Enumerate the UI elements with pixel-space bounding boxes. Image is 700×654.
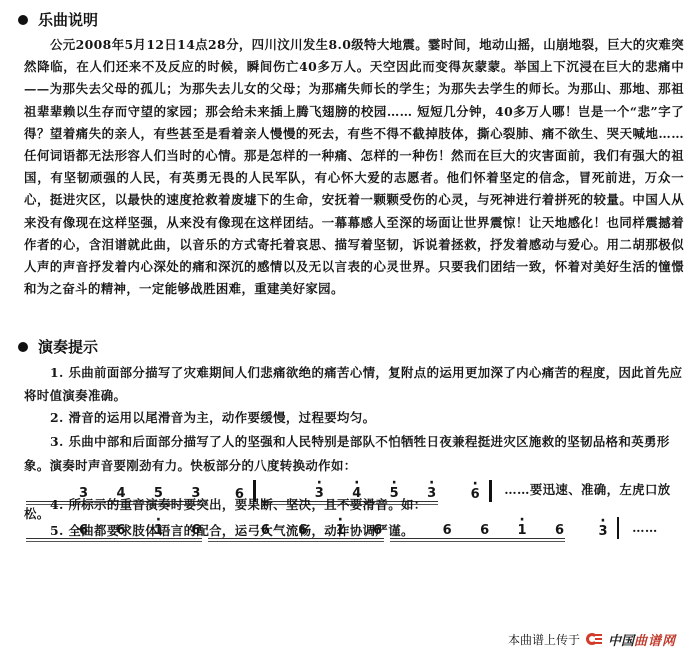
section-title: 演奏提示 (38, 336, 98, 357)
tip-4-text: 4. 所标示的重音演奏时要突出，要果断、坚决，且不要滑音。如： (50, 497, 427, 512)
tip-3-text: 3. 乐曲中部和后面部分描写了人的坚强和人民特别是部队不怕牺牲日夜兼程挺进灾区施… (24, 434, 670, 473)
section-title: 乐曲说明 (38, 9, 98, 30)
site-logo-icon (586, 633, 604, 647)
bullet-icon (18, 342, 28, 352)
logo-text-site[interactable]: 曲谱网 (634, 630, 676, 649)
section-heading-performance-tips: 演奏提示 (18, 336, 98, 357)
tip-2: 2. 滑音的运用以尾滑音为主，动作要缓慢，过程要均匀。 (24, 407, 684, 430)
upload-source-footer: 本曲谱上传于 中国 曲谱网 (508, 630, 676, 649)
music-description-paragraph: 公元2008年5月12日14点28分，四川汶川发生8.0级特大地震。霎时间，地动… (24, 34, 684, 300)
bullet-icon (18, 15, 28, 25)
section-heading-music-description: 乐曲说明 (18, 9, 98, 30)
upload-text: 本曲谱上传于 (508, 631, 580, 648)
tip-5: 5. 全曲都要求肢体语言的配合，运弓大气流畅，动作协调严谨。 (24, 520, 684, 543)
tip-1: 1. 乐曲前面部分描写了灾难期间人们悲痛欲绝的痛苦心情，复附点的运用更加深了内心… (24, 362, 684, 407)
logo-text-china[interactable]: 中国 (608, 630, 634, 649)
